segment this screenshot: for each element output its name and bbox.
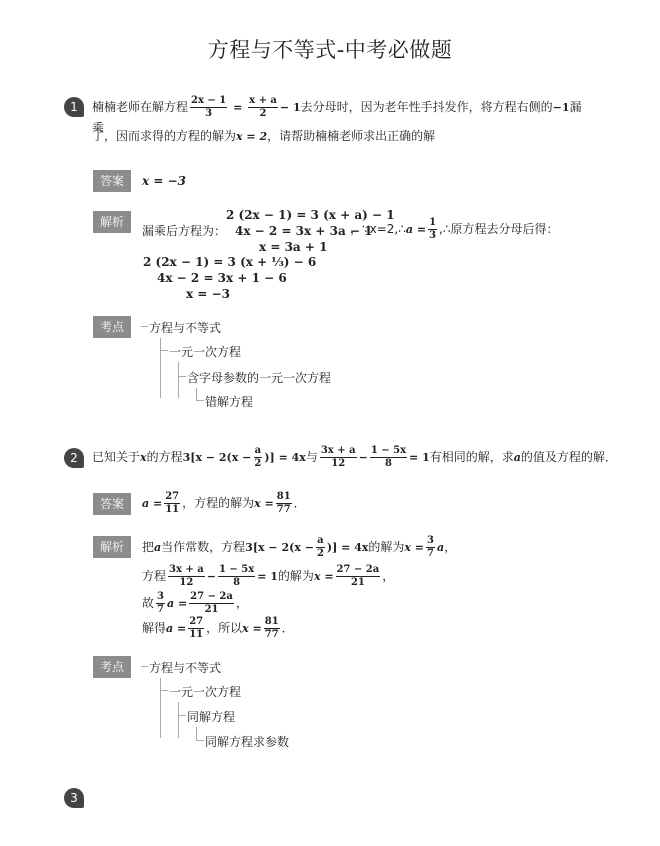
analysis-label: 解析 [93, 211, 131, 233]
denominator: 11 [188, 629, 204, 640]
fraction: 3x + a12 [320, 446, 357, 469]
fraction: 37 [156, 592, 165, 615]
knowledge-node: 方程与不等式 [149, 319, 221, 336]
tree-connector [196, 400, 204, 401]
fraction: a2 [253, 446, 262, 469]
equation-line: x = −3 [186, 287, 230, 301]
denominator: 7 [156, 604, 165, 615]
text-segment: 去分母时，因为老年性手抖发作，将方程右侧的 [301, 100, 553, 114]
analysis-line-4: 解得a =2711，所以x =8177． [142, 617, 294, 640]
tree-connector [141, 666, 148, 667]
tree-connector [160, 350, 168, 351]
text-segment: 的解为 [368, 540, 404, 554]
knowledge-node: 同解方程求参数 [205, 733, 289, 750]
math: x = 2 [236, 130, 267, 143]
analysis-line-1: 把a当作常数，方程3[x − 2(x −a2)] = 4x的解为x =37a， [142, 536, 456, 559]
knowledge-node: 方程与不等式 [149, 659, 221, 676]
denominator: 12 [178, 577, 194, 588]
equation-line: 4x − 2 = 3x + 1 − 6 [157, 271, 287, 285]
math: a = [142, 497, 162, 510]
text-segment: 的值及方程的解． [521, 450, 617, 464]
fraction: a2 [316, 536, 325, 559]
denominator: 77 [276, 504, 292, 515]
tree-connector [196, 740, 204, 741]
text-segment: 把 [142, 540, 154, 554]
fraction: 1 − 5x8 [370, 446, 407, 469]
numerator: 81 [276, 492, 292, 504]
numerator: 1 − 5x [218, 565, 255, 577]
answer-label: 答案 [93, 170, 131, 192]
text-segment: 的解为 [278, 569, 314, 583]
numerator: a [254, 446, 262, 458]
math: a = [166, 622, 186, 635]
analysis-mid: ，∵x=2,∴a =13,∴原方程去分母后得： [350, 218, 559, 241]
analysis-intro: 漏乘后方程为： [142, 222, 226, 239]
question-number-badge: 1 [64, 97, 84, 117]
equation-line: x = 3a + 1 [259, 240, 327, 254]
fraction: 27 − 2a21 [336, 565, 381, 588]
answer-value: a =2711，方程的解为x =8177． [142, 492, 306, 515]
text-segment: ． [294, 496, 306, 510]
text-segment: 解得 [142, 621, 166, 635]
fraction: 3x + a12 [168, 565, 205, 588]
math: − 1 [280, 101, 301, 114]
numerator: 27 − 2a [189, 592, 234, 604]
math: 3[x − 2(x − [183, 451, 252, 464]
equation-line: 2 (2x − 1) = 3 (x + ⅓) − 6 [143, 255, 316, 269]
math: x = [254, 497, 274, 510]
numerator: 3 [156, 592, 165, 604]
text-segment: ， [236, 596, 248, 610]
fraction: 8177 [264, 617, 280, 640]
knowledge-node: 同解方程 [187, 708, 235, 725]
denominator: 7 [426, 548, 435, 559]
math: )] = 4x [264, 451, 306, 464]
knowledge-node: 错解方程 [205, 393, 253, 410]
tree-connector [178, 376, 186, 377]
fraction: 13 [428, 218, 437, 241]
denominator: 2 [259, 108, 268, 119]
text-segment: 的方程 [147, 450, 183, 464]
analysis-line-2: 方程3x + a12−1 − 5x8= 1的解为x =27 − 2a21， [142, 565, 394, 588]
question-text: 已知关于x的方程3[x − 2(x −a2)] = 4x与3x + a12−1 … [92, 446, 612, 469]
fraction: 37 [426, 536, 435, 559]
text-segment: 已知关于 [92, 450, 140, 464]
text-segment: 当作常数，方程 [161, 540, 245, 554]
text-segment: 与 [306, 450, 318, 464]
denominator: 2 [253, 458, 262, 469]
page-title: 方程与不等式-中考必做题 [0, 34, 660, 64]
analysis-line-3: 故37a =27 − 2a21， [142, 592, 248, 615]
denominator: 8 [384, 458, 393, 469]
tree-connector [178, 702, 179, 738]
math: = [233, 101, 242, 114]
knowledge-label: 考点 [93, 316, 131, 338]
text-segment: 方程 [142, 569, 166, 583]
knowledge-node: 含字母参数的一元一次方程 [187, 369, 331, 386]
tree-connector [160, 690, 168, 691]
denominator: 21 [204, 604, 220, 615]
fraction: 27 − 2a21 [189, 592, 234, 615]
text-segment: 了，因而求得的方程的解为 [92, 129, 236, 143]
denominator: 2 [316, 548, 325, 559]
numerator: 1 [428, 218, 437, 230]
tree-connector [141, 326, 148, 327]
knowledge-node: 一元一次方程 [169, 343, 241, 360]
numerator: 1 − 5x [370, 446, 407, 458]
text-segment: ，∵x=2,∴ [350, 222, 406, 236]
fraction: 2711 [188, 617, 204, 640]
math: = 1 [257, 570, 278, 583]
math: )] = 4x [327, 541, 369, 554]
tree-connector [178, 715, 186, 716]
text-segment: ,∴原方程去分母后得： [439, 222, 558, 236]
denominator: 3 [204, 108, 213, 119]
numerator: 27 − 2a [336, 565, 381, 577]
math: a [514, 451, 521, 464]
tree-connector [196, 727, 197, 740]
numerator: 2x − 1 [190, 96, 227, 108]
text-segment: 有相同的解，求 [430, 450, 514, 464]
denominator: 3 [428, 230, 437, 241]
math: a = [167, 597, 187, 610]
text-segment: 故 [142, 596, 154, 610]
numerator: 27 [188, 617, 204, 629]
answer-value: x = −3 [142, 174, 186, 188]
knowledge-node: 一元一次方程 [169, 683, 241, 700]
denominator: 11 [164, 504, 180, 515]
fraction: x + a2 [248, 96, 278, 119]
tree-connector [160, 338, 161, 398]
denominator: 8 [232, 577, 241, 588]
text-segment: ， [444, 540, 456, 554]
question-number-badge: 2 [64, 448, 84, 468]
math: − [359, 451, 368, 464]
text-segment: ，所以 [206, 621, 242, 635]
knowledge-label: 考点 [93, 656, 131, 678]
math: x = [314, 570, 334, 583]
math: x = [404, 541, 424, 554]
text-segment: ，请帮助楠楠老师求出正确的解 [267, 129, 435, 143]
numerator: 3 [426, 536, 435, 548]
numerator: a [316, 536, 324, 548]
denominator: 21 [350, 577, 366, 588]
text-segment: 楠楠老师在解方程 [92, 100, 188, 114]
math: a = [406, 223, 426, 236]
math: = 1 [409, 451, 430, 464]
tree-connector [178, 362, 179, 398]
text-segment: ，方程的解为 [182, 496, 254, 510]
math: − [207, 570, 216, 583]
numerator: 3x + a [168, 565, 205, 577]
answer-label: 答案 [93, 493, 131, 515]
question-text-line2: 了，因而求得的方程的解为x = 2，请帮助楠楠老师求出正确的解 [92, 127, 435, 146]
math: x = [242, 622, 262, 635]
question-number-badge: 3 [64, 788, 84, 808]
numerator: 81 [264, 617, 280, 629]
fraction: 2711 [164, 492, 180, 515]
fraction: 2x − 13 [190, 96, 227, 119]
analysis-label: 解析 [93, 536, 131, 558]
fraction: 8177 [276, 492, 292, 515]
numerator: 3x + a [320, 446, 357, 458]
denominator: 77 [264, 629, 280, 640]
numerator: 27 [164, 492, 180, 504]
text-segment: ． [282, 621, 294, 635]
math: 3[x − 2(x − [245, 541, 314, 554]
denominator: 12 [330, 458, 346, 469]
tree-connector [160, 678, 161, 738]
numerator: x + a [248, 96, 278, 108]
math: −1 [553, 101, 570, 114]
fraction: 1 − 5x8 [218, 565, 255, 588]
text-segment: ， [382, 569, 394, 583]
